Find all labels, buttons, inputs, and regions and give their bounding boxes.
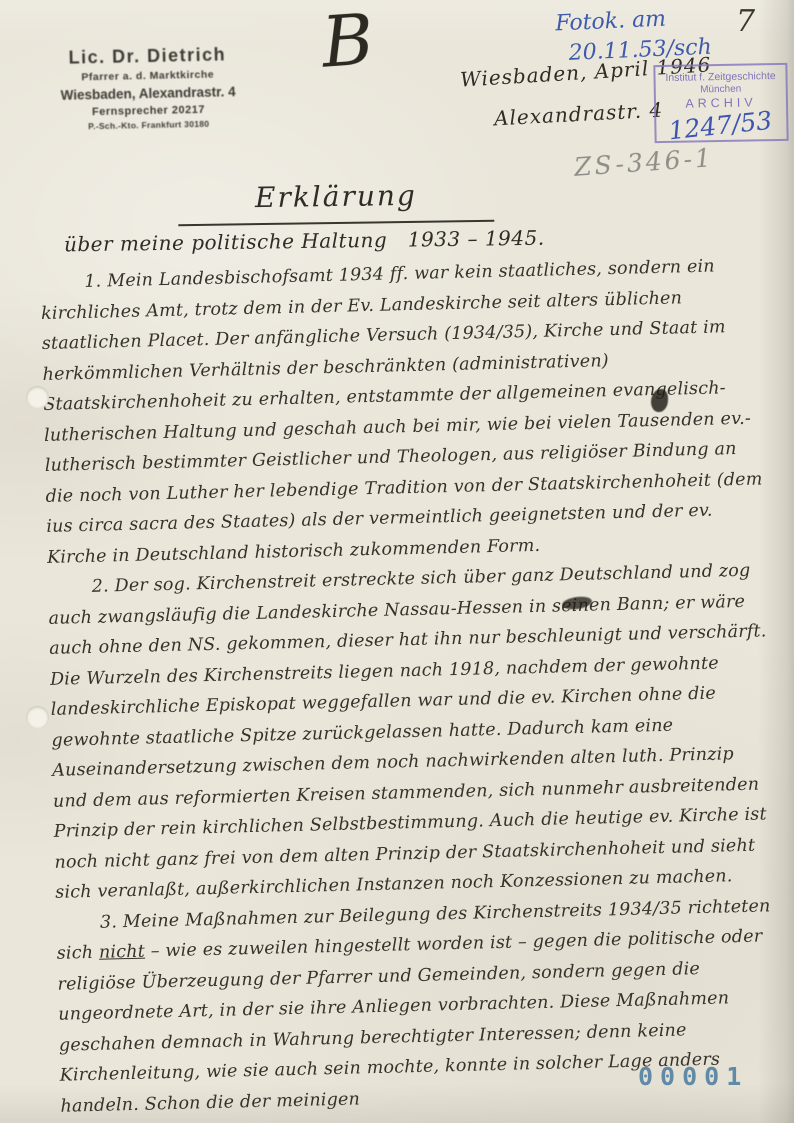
document-title: Erklärung	[255, 179, 417, 214]
archive-stamp: Institut f. Zeitgeschichte München ARCHI…	[653, 63, 788, 143]
letterhead-address: Wiesbaden, Alexandrastr. 4	[42, 84, 254, 103]
pencil-shelfmark: ZS-346-1	[573, 143, 715, 182]
title-block: Erklärung	[178, 178, 495, 226]
letterhead-stamp: Lic. Dr. Dietrich Pfarrer a. d. Marktkir…	[41, 44, 255, 132]
sorting-mark-b: B	[319, 0, 376, 84]
scanned-document-page: Lic. Dr. Dietrich Pfarrer a. d. Marktkir…	[0, 0, 794, 1123]
letterhead-name: Lic. Dr. Dietrich	[41, 44, 253, 69]
underlined-word-nicht: nicht	[99, 942, 145, 963]
letterhead-role: Pfarrer a. d. Marktkirche	[42, 68, 254, 84]
hole-punch-top	[26, 386, 49, 409]
archive-accession-number: 1247/53	[667, 106, 773, 146]
serial-number-stamp: 00001	[638, 1062, 748, 1091]
archive-stamp-institute: Institut f. Zeitgeschichte	[655, 70, 785, 84]
archive-stamp-city: München	[656, 83, 786, 96]
address-line: Alexandrastr. 4	[493, 98, 663, 131]
letterhead-phone: Fernsprecher 20217	[42, 103, 254, 119]
page-number: 7	[736, 4, 755, 39]
body-paragraph-2: 2. Der sog. Kirchenstreit erstreckte sic…	[47, 555, 775, 908]
letterhead-account: P.-Sch.-Kto. Frankfurt 30180	[43, 118, 255, 132]
hole-punch-bottom	[26, 706, 49, 729]
document-subtitle: über meine politische Haltung 1933 – 194…	[64, 226, 545, 257]
document-body: 1. Mein Landesbischofsamt 1934 ff. war k…	[40, 250, 781, 1121]
